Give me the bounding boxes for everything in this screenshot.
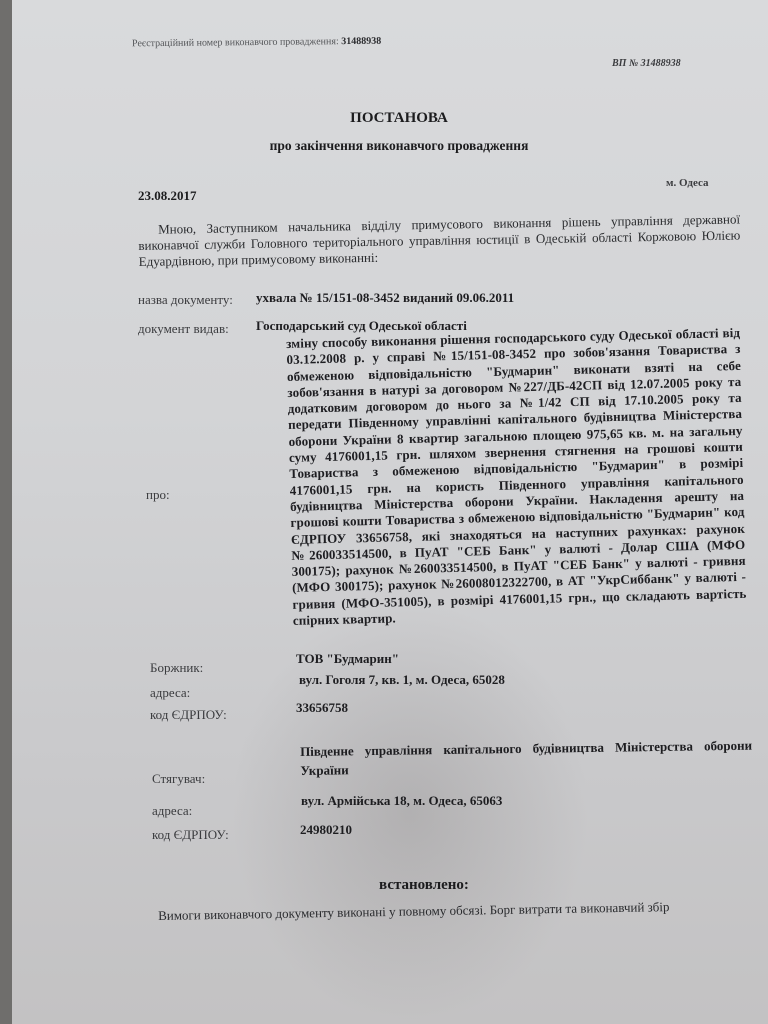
creditor-address: вул. Армійська 18, м. Одеса, 65063 — [301, 793, 502, 809]
vp-number: ВП № 31488938 — [612, 58, 681, 69]
creditor-label: Стягувач: — [152, 771, 205, 787]
city: м. Одеса — [666, 177, 709, 189]
document-name-value: ухвала № 15/151-08-3452 виданий 09.06.20… — [256, 290, 514, 306]
document-title: ПОСТАНОВА — [0, 110, 768, 127]
debtor-address: вул. Гоголя 7, кв. 1, м. Одеса, 65028 — [299, 672, 505, 688]
document-name-label: назва документу: — [138, 292, 233, 308]
document-subtitle: про закінчення виконавчого провадження — [0, 138, 768, 154]
debtor-code: 33656758 — [296, 700, 348, 716]
creditor-code: 24980210 — [300, 822, 352, 838]
shadow — [230, 600, 590, 1024]
debtor-address-label: адреса: — [150, 685, 190, 701]
about-label: про: — [146, 487, 170, 503]
debtor-code-label: код ЄДРПОУ: — [150, 707, 227, 723]
document-date: 23.08.2017 — [138, 188, 197, 204]
registration-number: 31488938 — [341, 36, 381, 47]
established-heading: встановлено: — [0, 877, 768, 894]
creditor-address-label: адреса: — [152, 803, 192, 819]
about-value: зміну способу виконання рішення господар… — [286, 325, 747, 629]
debtor-name: ТОВ "Будмарин" — [296, 651, 399, 667]
registration-label: Реєстраційний номер виконавчого провадже… — [132, 36, 339, 49]
creditor-name: Південне управління капітального будівни… — [300, 736, 752, 780]
creditor-code-label: код ЄДРПОУ: — [152, 827, 229, 843]
debtor-label: Боржник: — [150, 660, 203, 676]
issued-by-label: документ видав: — [138, 321, 229, 337]
